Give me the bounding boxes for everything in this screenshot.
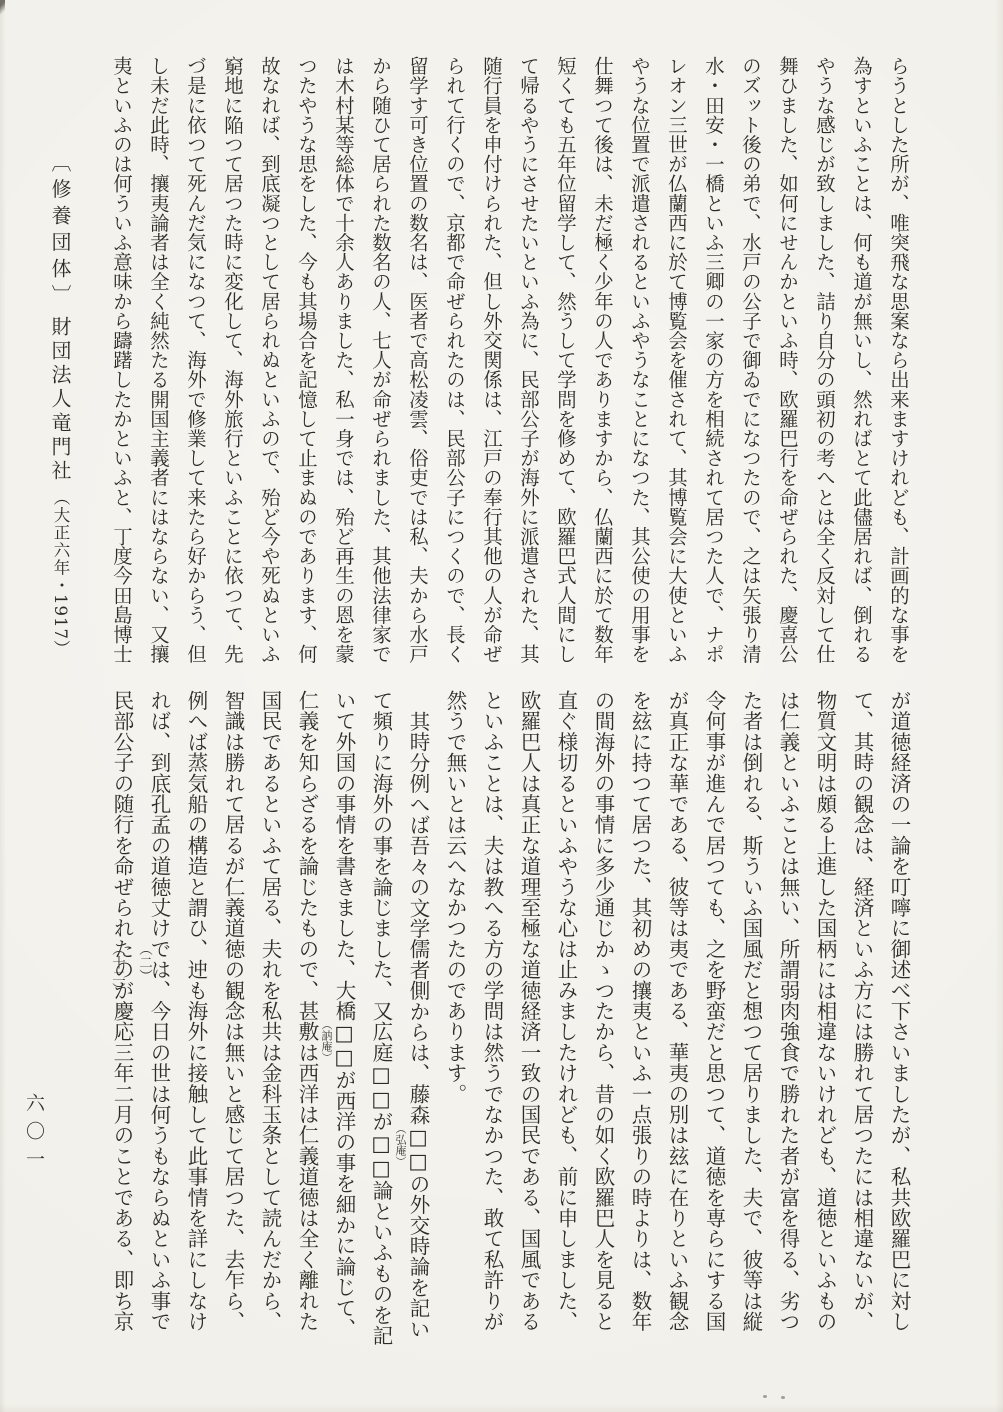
text-column: の間海外の事情に多少通じかゝつたから、昔の如く欧羅巴人を見ると [584, 690, 621, 1332]
bottom-text-block: が道徳経済の一論を叮嚀に御述べ下さいましたが、私共欧羅巴に対して、其時の観念は、… [103, 690, 917, 1332]
text-column: 水・田安・一橋といふ三卿の一家の方を相続されて居つた人で、ナポ [695, 56, 732, 662]
text-column: て、其時の観念は、経済といふ方には勝れて居つたには相違ないが、 [843, 690, 880, 1332]
missing-char-base: □□（訥庵） [332, 1021, 356, 1069]
attribution-organization: 財団法人竜門社 [48, 316, 72, 484]
citation-item: （十二） [109, 942, 136, 996]
text-column: づ是に依つて死んだ気になつて、海外で修業して来たら好からう、但 [177, 56, 214, 662]
text-column: 仕舞つて後は、未だ極く少年の人でありますから、仏蘭西に於て数年 [584, 56, 621, 662]
text-column: 留学す可き位置の数名は、医者で高松凌雲、俗吏では私、夫から水戸 [399, 56, 436, 662]
text-column: は木村某等総体で十余人ありました、私一身では、殆ど再生の恩を蒙 [325, 56, 362, 662]
text-column: て頻りに海外の事を論じました、又広庭□□が□□論といふものを記 [362, 690, 399, 1332]
scan-artifact-dot [781, 1396, 785, 1399]
text-column: 夷といふのは何ういふ意味から躊躇したかといふと、丁度今田島博士 [103, 56, 140, 662]
text-column: 国民であるといふて居る、夫れを私共は金科玉条として読んだから、 [251, 690, 288, 1332]
source-attribution: 〔修養団体〕 財団法人竜門社 （大正六年・1917） [46, 152, 75, 652]
side-annotation: （訥庵） [320, 1019, 332, 1063]
text-column: れば、到底孔孟の道徳丈けでは、今日の世は何うもならぬといふ事で [140, 690, 177, 1332]
page-number: 六〇一 [21, 1093, 48, 1177]
text-column: 例へば蒸気船の構造と謂ひ、迚も海外に接触して此事情を詳にしなけ [177, 690, 214, 1332]
text-column: から随ひて居られた数名の人、七人が命ぜられました、其他法律家で [362, 56, 399, 662]
text-column: た者は倒れる、斯ういふ国風だと想つて居りました、夫で、彼等は縦 [732, 690, 769, 1332]
text-column: 其時分例へば吾々の文学儒者側からは、藤森□□（弘庵）の外交時論を記い [399, 690, 436, 1332]
side-annotation: （弘庵） [394, 1123, 406, 1167]
text-column: 舞ひました、如何にせんかといふ時、欧羅巴行を命ぜられた、慶喜公 [769, 56, 806, 662]
missing-char-base: □□（弘庵） [406, 1125, 430, 1173]
text-column: し未だ此時、攘夷論者は全く純然たる開国主義者にはならない、又攘 [140, 56, 177, 662]
text-column: を玆に持つて居つた、其初めの攘夷といふ一点張りの時よりは、数年 [621, 690, 658, 1332]
text-column: のズット後の弟で、水戸の公子で御ゐでになつたので、之は矢張り清 [732, 56, 769, 662]
text-column: 随行員を申付けられた、但し外交関係は、江戸の奉行其他の人が命ぜ [473, 56, 510, 662]
scan-artifact-corner [0, 0, 5, 16]
text-column: 為すといふことは、何も道が無いし、然ればとて此儘居れば、倒れる [843, 56, 880, 662]
text-column: 民部公子の随行を命ぜられたのが慶応三年二月のことである、即ち京 [103, 690, 140, 1332]
text-column: 令何事が進んで居つても、之を野蛮だと思つて、道徳を専らにする国 [695, 690, 732, 1332]
text-column: 窮地に陥つて居つた時に変化して、海外旅行といふことに依つて、先 [214, 56, 251, 662]
text-column: つたやうな思をした、今も其場合を記憶して止まぬのであります、何 [288, 56, 325, 662]
text-column: が道徳経済の一論を叮嚀に御述べ下さいましたが、私共欧羅巴に対し [880, 690, 917, 1332]
text-column: 故なれば、到底凝つとして居られぬといふので、殆ど今や死ぬといふ [251, 56, 288, 662]
text-column: が真正な華である、彼等は夷である、華夷の別は玆に在りといふ観念 [658, 690, 695, 1332]
text-column: 物質文明は頗る上進した国柄には相違ないけれども、道徳といふもの [806, 690, 843, 1332]
text-column: レオン三世が仏蘭西に於て博覧会を催されて、其博覧会に大使といふ [658, 56, 695, 662]
text-column: 仁義を知らざるを論じたもので、甚敷は西洋は仁義道徳は全く離れた [288, 690, 325, 1332]
text-column: 短くても五年位留学して、然うして学問を修めて、欧羅巴式人間にし [547, 56, 584, 662]
text-column: いて外国の事情を書きました、大橋□□（訥庵）が西洋の事を細かに論じて、 [325, 690, 362, 1332]
text-column: 智識は勝れて居るが仁義道徳の観念は無いと感じて居つた、去乍ら、 [214, 690, 251, 1332]
top-text-block: らうとした所が、唯突飛な思案なら出来ますけれども、計画的な事を為すといふことは、… [103, 56, 917, 662]
text-column: 欧羅巴人は真正な道理至極な道徳経済一致の国民である、国風である [510, 690, 547, 1332]
text-column: といふことは、夫は教へる方の学問は然うでなかつた、敢て私許りが [473, 690, 510, 1332]
scan-artifact-dot [763, 1395, 767, 1398]
scanned-page: らうとした所が、唯突飛な思案なら出来ますけれども、計画的な事を為すといふことは、… [0, 0, 1003, 1412]
text-column: やうな感じが致しました、詰り自分の頭初の考へとは全く反対して仕 [806, 56, 843, 662]
text-column: 然うで無いとは云へなかつたのであります。 [436, 690, 473, 1332]
text-column: られて行くので、京都で命ぜられたのは、民部公子につくので、長く [436, 56, 473, 662]
text-column: て帰るやうにさせたいといふ為に、民部公子が海外に派遣された、其 [510, 56, 547, 662]
citation-note: （二）（十二） [109, 942, 151, 996]
attribution-date: （大正六年・1917） [51, 489, 70, 658]
text-column: らうとした所が、唯突飛な思案なら出来ますけれども、計画的な事を [880, 56, 917, 662]
attribution-category: 〔修養団体〕 [48, 152, 72, 311]
citation-item: （二） [136, 942, 151, 996]
text-column: 直ぐ様切るといふやうな心は止みましたけれども、前に申しました、 [547, 690, 584, 1332]
text-column: は仁義といふことは無い、所謂弱肉強食で勝れた者が富を得る、劣つ [769, 690, 806, 1332]
text-column: やうな位置で派遣されるといふやうなことになつた、其公使の用事を [621, 56, 658, 662]
